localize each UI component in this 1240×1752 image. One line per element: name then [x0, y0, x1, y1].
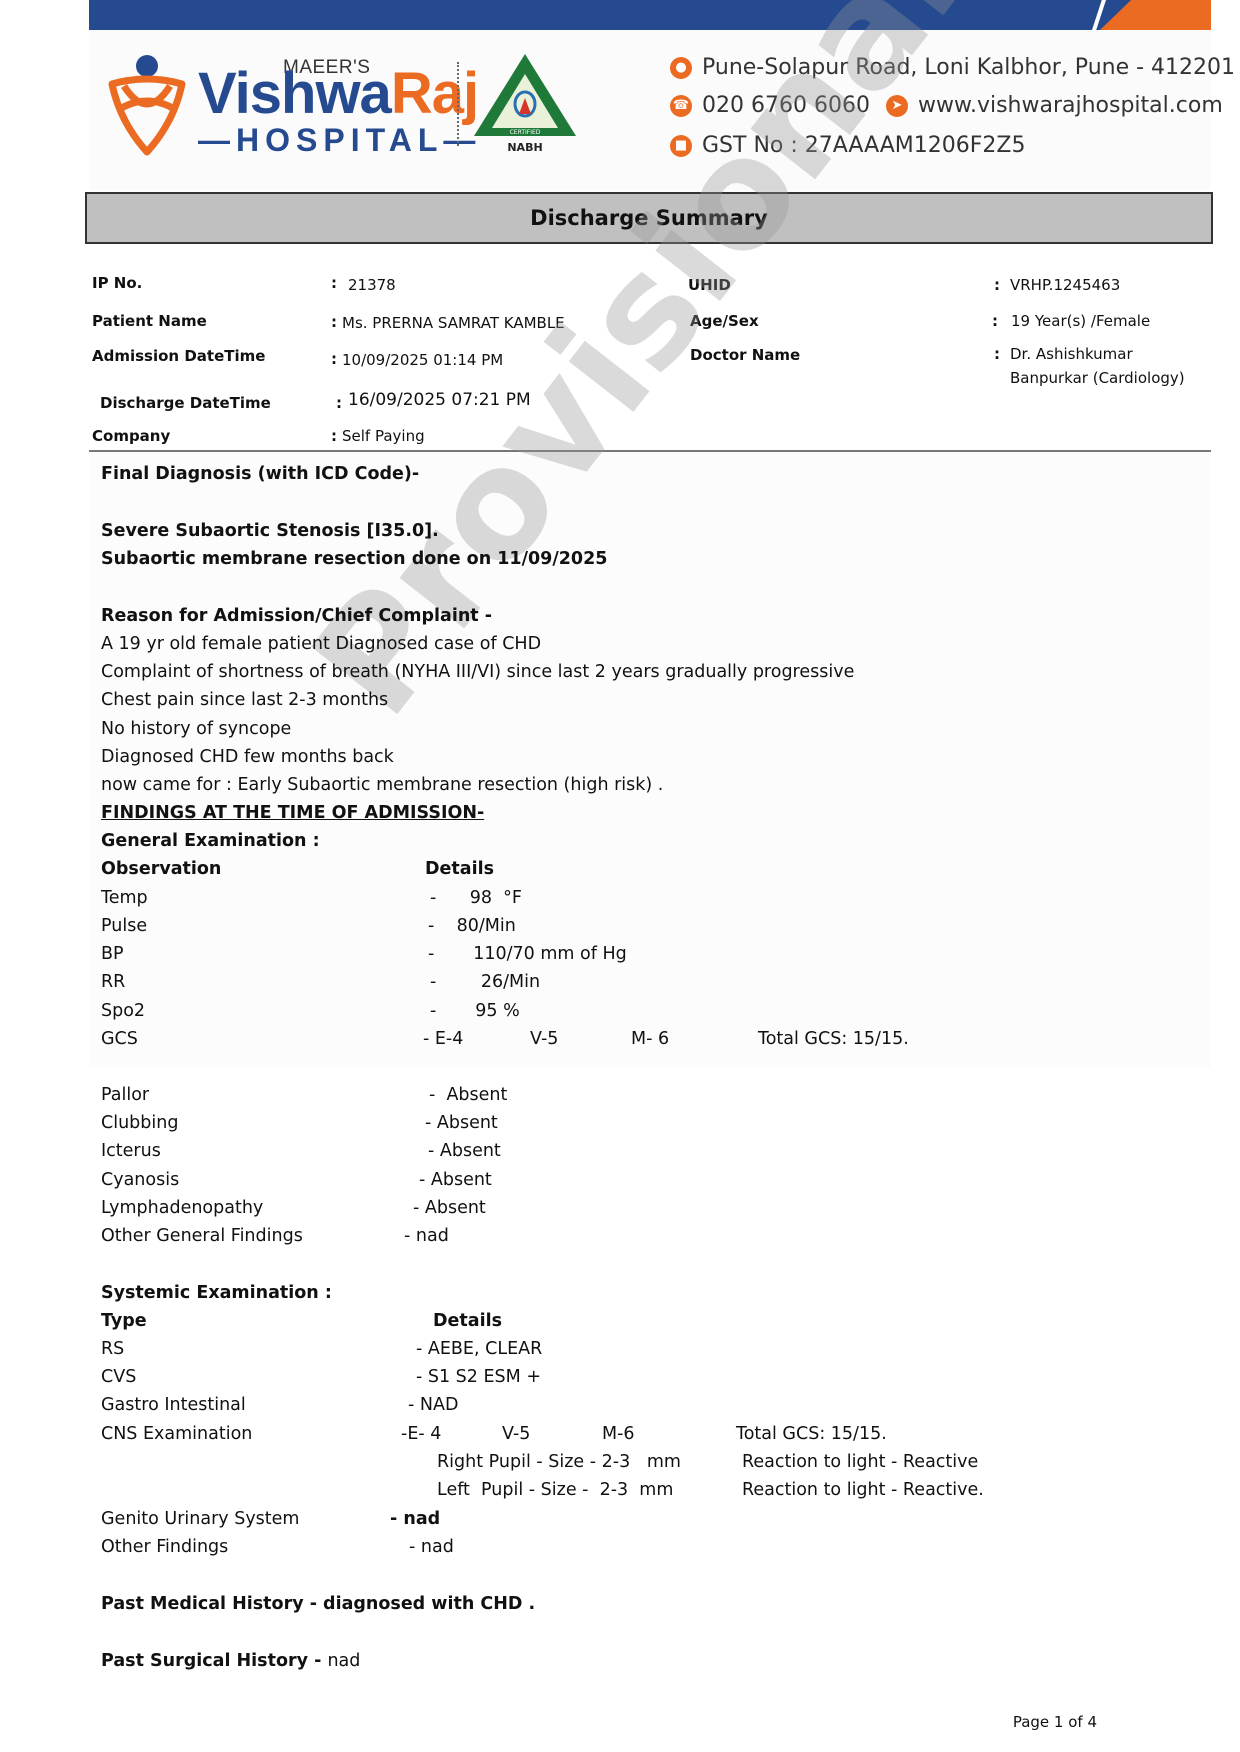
left-pupil-reaction: Reaction to light - Reactive.	[742, 1480, 984, 1500]
header-top-bar	[89, 0, 1211, 30]
sign-value: - nad	[404, 1226, 449, 1246]
cns-verbal: V-5	[502, 1424, 530, 1444]
ip-no-value: 21378	[348, 276, 396, 294]
page-indicator: Page 1 of 4	[1013, 1713, 1097, 1731]
complaint-line: Chest pain since last 2-3 months	[101, 690, 388, 710]
complaint-line: Complaint of shortness of breath (NYHA I…	[101, 662, 854, 682]
system-name: Gastro Intestinal	[101, 1395, 246, 1415]
website-link[interactable]: www.vishwarajhospital.com	[918, 93, 1223, 118]
sign-name: Clubbing	[101, 1113, 178, 1133]
past-surgical-history-value: nad	[327, 1651, 360, 1671]
vital-name: Temp	[101, 888, 148, 908]
vital-name: RR	[101, 972, 125, 992]
sign-value: - Absent	[429, 1085, 507, 1105]
past-medical-history: Past Medical History - diagnosed with CH…	[101, 1594, 535, 1614]
colon: :	[992, 312, 998, 330]
system-value: - S1 S2 ESM +	[416, 1367, 541, 1387]
cns-eye: -E- 4	[401, 1424, 441, 1444]
brand-name-part-a: Vishwa	[198, 61, 391, 126]
sign-name: Pallor	[101, 1085, 149, 1105]
sign-value: - Absent	[419, 1170, 492, 1190]
system-name: CVS	[101, 1367, 136, 1387]
complaint-heading: Reason for Admission/Chief Complaint -	[101, 606, 492, 626]
brand-subtitle: —HOSPITAL—	[198, 122, 481, 159]
vital-value: - 26/Min	[430, 972, 540, 992]
admission-datetime-label: Admission DateTime	[92, 347, 265, 365]
doctor-department-value: Banpurkar (Cardiology)	[1010, 369, 1185, 387]
general-exam-heading: General Examination :	[101, 831, 320, 851]
brand-name: VishwaRaj	[198, 60, 478, 127]
complaint-line: No history of syncope	[101, 719, 291, 739]
vital-name: Pulse	[101, 916, 147, 936]
diagnosis-heading: Final Diagnosis (with ICD Code)-	[101, 464, 419, 484]
details-col-header: Details	[433, 1311, 502, 1331]
colon: :	[994, 345, 1000, 363]
uhid-value: VRHP.1245463	[1010, 276, 1120, 294]
vital-value: - 95 %	[430, 1001, 520, 1021]
cns-name: CNS Examination	[101, 1424, 252, 1444]
doctor-name-value: Dr. Ashishkumar	[1010, 345, 1133, 363]
findings-heading: FINDINGS AT THE TIME OF ADMISSION-	[101, 803, 484, 823]
phone-icon: ☎	[670, 95, 692, 117]
system-value: - AEBE, CLEAR	[416, 1339, 542, 1359]
sign-value: - Absent	[428, 1141, 501, 1161]
diagnosis-line: Subaortic membrane resection done on 11/…	[101, 549, 607, 569]
sign-name: Icterus	[101, 1141, 161, 1161]
sign-name: Other General Findings	[101, 1226, 303, 1246]
svg-text:NABH: NABH	[507, 141, 542, 154]
cns-total: Total GCS: 15/15.	[736, 1424, 887, 1444]
colon: :	[331, 350, 337, 368]
system-name: RS	[101, 1339, 124, 1359]
observation-col-header: Observation	[101, 859, 221, 879]
genito-urinary-value: - nad	[390, 1509, 440, 1529]
ip-no-label: IP No.	[92, 274, 142, 292]
patient-name-label: Patient Name	[92, 312, 207, 330]
type-col-header: Type	[101, 1311, 147, 1331]
gcs-total: Total GCS: 15/15.	[758, 1029, 909, 1049]
complaint-line: A 19 yr old female patient Diagnosed cas…	[101, 634, 541, 654]
company-label: Company	[92, 427, 170, 445]
header-divider	[457, 62, 459, 146]
sign-value: - Absent	[413, 1198, 486, 1218]
hospital-logo-icon	[104, 52, 190, 158]
sign-name: Cyanosis	[101, 1170, 179, 1190]
vital-value: - 110/70 mm of Hg	[428, 944, 627, 964]
complaint-line: now came for : Early Subaortic membrane …	[101, 775, 663, 795]
vital-name: Spo2	[101, 1001, 145, 1021]
gcs-name: GCS	[101, 1029, 138, 1049]
system-value: - NAD	[408, 1395, 458, 1415]
website-line: ➤ www.vishwarajhospital.com	[886, 93, 1223, 118]
colon: :	[331, 313, 337, 331]
other-findings-name: Other Findings	[101, 1537, 228, 1557]
genito-urinary-name: Genito Urinary System	[101, 1509, 299, 1529]
vital-value: - 80/Min	[428, 916, 516, 936]
discharge-datetime-label: Discharge DateTime	[100, 394, 271, 412]
gcs-verbal: V-5	[530, 1029, 558, 1049]
sign-value: - Absent	[425, 1113, 498, 1133]
systemic-exam-heading: Systemic Examination :	[101, 1283, 332, 1303]
colon: :	[331, 427, 337, 445]
vital-name: BP	[101, 944, 124, 964]
right-pupil-reaction: Reaction to light - Reactive	[742, 1452, 978, 1472]
colon: :	[336, 394, 342, 412]
past-surgical-history: Past Surgical History - nad	[101, 1651, 360, 1671]
nabh-badge-icon: CERTIFIED NABH	[472, 52, 578, 156]
right-pupil: Right Pupil - Size - 2-3 mm	[437, 1452, 681, 1472]
cns-motor: M-6	[602, 1424, 635, 1444]
past-surgical-history-label: Past Surgical History -	[101, 1651, 327, 1671]
complaint-line: Diagnosed CHD few months back	[101, 747, 394, 767]
details-col-header: Details	[425, 859, 494, 879]
diagnosis-line: Severe Subaortic Stenosis [I35.0].	[101, 521, 439, 541]
location-pin-icon: ●	[670, 57, 692, 79]
colon: :	[994, 276, 1000, 294]
age-sex-value: 19 Year(s) /Female	[1011, 312, 1150, 330]
left-pupil: Left Pupil - Size - 2-3 mm	[437, 1480, 673, 1500]
other-findings-value: - nad	[409, 1537, 454, 1557]
gcs-eye: - E-4	[423, 1029, 463, 1049]
svg-text:CERTIFIED: CERTIFIED	[510, 129, 541, 136]
vital-value: - 98 °F	[430, 888, 522, 908]
company-value: Self Paying	[342, 427, 425, 445]
admission-datetime-value: 10/09/2025 01:14 PM	[342, 351, 503, 369]
gcs-motor: M- 6	[631, 1029, 669, 1049]
brand-name-part-b: Raj	[391, 61, 478, 126]
sign-name: Lymphadenopathy	[101, 1198, 263, 1218]
colon: :	[331, 274, 337, 292]
